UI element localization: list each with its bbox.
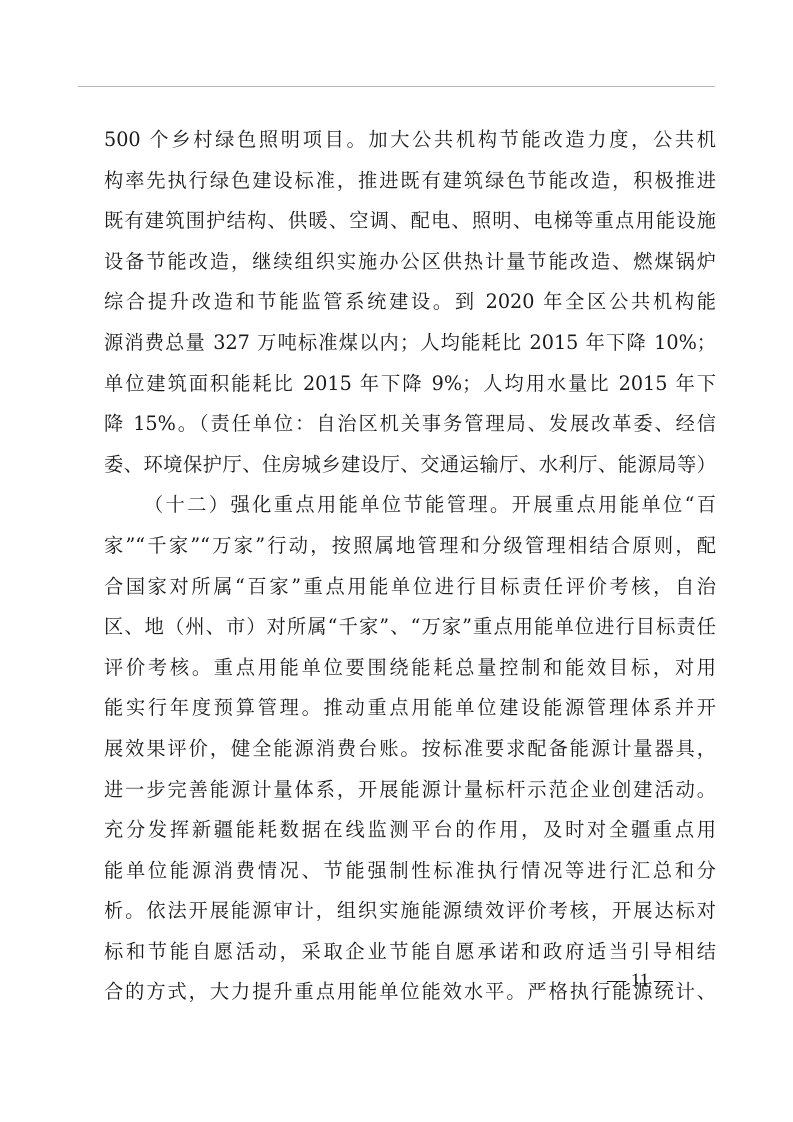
text-line: 展效果评价，健全能源消费台账。按标准要求配备能源计量器具， (104, 729, 716, 770)
text-line: 能单位能源消费情况、节能强制性标准执行情况等进行汇总和分 (104, 851, 716, 892)
text-line: 500 个乡村绿色照明项目。加大公共机构节能改造力度，公共机 (104, 120, 716, 161)
text-line: 源消费总量 327 万吨标准煤以内；人均能耗比 2015 年下降 10%； (104, 323, 716, 364)
document-body: 500 个乡村绿色照明项目。加大公共机构节能改造力度，公共机 构率先执行绿色建设… (104, 120, 716, 1013)
text-line: 委、环境保护厅、住房城乡建设厅、交通运输厅、水利厅、能源局等） (104, 445, 716, 486)
text-line: 区、地（州、市）对所属“千家”、“万家”重点用能单位进行目标责任 (104, 607, 716, 648)
page-number: — 11 — (580, 966, 700, 996)
text-line: 构率先执行绿色建设标准，推进既有建筑绿色节能改造，积极推进 (104, 161, 716, 202)
section-heading: （十二）强化重点用能单位节能管理。 (144, 493, 512, 516)
text-line: 设备节能改造，继续组织实施办公区供热计量节能改造、燃煤锅炉 (104, 242, 716, 283)
text-line: 能实行年度预算管理。推动重点用能单位建设能源管理体系并开 (104, 688, 716, 729)
text-line: 单位建筑面积能耗比 2015 年下降 9%；人均用水量比 2015 年下 (104, 364, 716, 405)
text-line: 降 15%。（责任单位：自治区机关事务管理局、发展改革委、经信 (104, 404, 716, 445)
text-line: 评价考核。重点用能单位要围绕能耗总量控制和能效目标，对用 (104, 648, 716, 689)
text-line: 综合提升改造和节能监管系统建设。到 2020 年全区公共机构能 (104, 282, 716, 323)
text-line: 家”“千家”“万家”行动，按照属地管理和分级管理相结合原则，配 (104, 526, 716, 567)
text-line: 充分发挥新疆能耗数据在线监测平台的作用，及时对全疆重点用 (104, 810, 716, 851)
section-first-line: （十二）强化重点用能单位节能管理。开展重点用能单位“百 (104, 485, 716, 526)
text-line: 既有建筑围护结构、供暖、空调、配电、照明、电梯等重点用能设施 (104, 201, 716, 242)
text-line: 析。依法开展能源审计，组织实施能源绩效评价考核，开展达标对 (104, 891, 716, 932)
header-rule (78, 86, 715, 87)
text-line: 进一步完善能源计量体系，开展能源计量标杆示范企业创建活动。 (104, 770, 716, 811)
section-first-line-text: 开展重点用能单位“百 (512, 493, 716, 516)
text-line: 合国家对所属“百家”重点用能单位进行目标责任评价考核，自治 (104, 567, 716, 608)
